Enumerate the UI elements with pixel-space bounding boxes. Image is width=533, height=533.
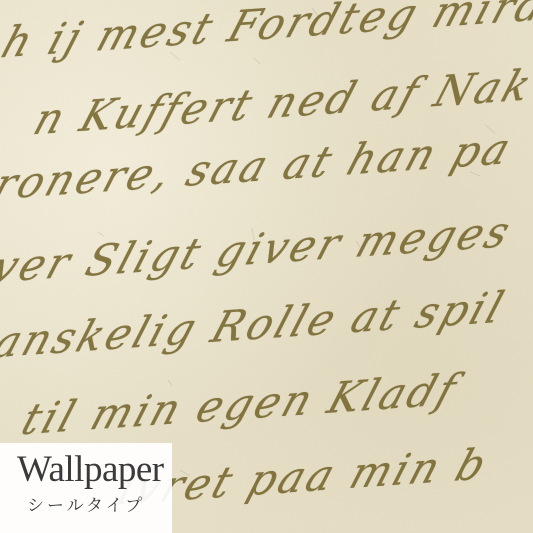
label-title: Wallpaper: [17, 451, 164, 488]
handwriting-line-6: til min egen Kladf: [16, 364, 465, 445]
handwriting-line-4: ver Sligt giver meges: [0, 206, 519, 292]
handwriting-line-1: h ij mest Fordteg mirde: [0, 0, 533, 68]
label-subtitle: シールタイプ: [27, 498, 145, 515]
wallpaper-product-image: h ij mest Fordteg mirde n Kuffert ned af…: [0, 0, 533, 533]
handwriting-line-5: anskelig Rolle at spil: [0, 282, 513, 368]
product-label: Wallpaper シールタイプ: [0, 443, 172, 533]
